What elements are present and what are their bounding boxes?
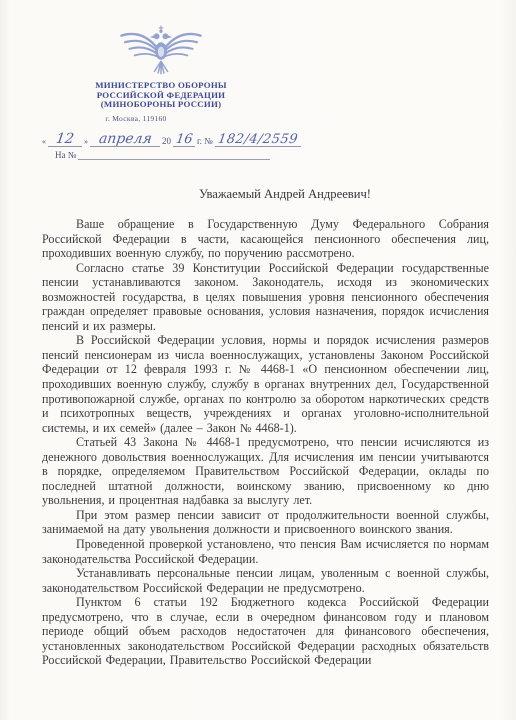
city-postcode-line: г. Москва, 119160 [55, 114, 217, 123]
handwritten-month: апреля [98, 132, 153, 146]
reply-reference-blank [78, 149, 270, 160]
day-blank: 12 [48, 126, 82, 147]
ministry-name-line: (МИНОБОРОНЫ РОССИИ) [58, 100, 264, 110]
handwritten-year: 16 [175, 133, 193, 146]
close-quote: » [82, 137, 90, 147]
number-blank: 182/4/2559 [215, 126, 301, 147]
reply-reference-line: На № [55, 149, 270, 160]
paragraph: В Российской Федерации условия, нормы и … [42, 333, 489, 435]
paragraph: Проведенной проверкой установлено, что п… [42, 537, 489, 566]
salutation: Уважаемый Андрей Андреевич! [0, 187, 516, 202]
open-quote: « [40, 137, 48, 147]
paragraph: Устанавливать персональные пенсии лицам,… [42, 566, 489, 595]
handwritten-number: 182/4/2559 [217, 133, 299, 146]
paragraph: Ваше обращение в Государственную Думу Фе… [42, 217, 489, 261]
letter-body: Ваше обращение в Государственную Думу Фе… [42, 217, 489, 668]
date-number-line: « 12 » апреля 20 16 г. № 182/4/2559 [40, 124, 301, 147]
handwritten-day: 12 [55, 132, 75, 146]
year-prefix: 20 [160, 136, 173, 147]
number-label: г. № [195, 136, 215, 147]
month-blank: апреля [90, 126, 160, 147]
paragraph: При этом размер пенсии зависит от продол… [42, 508, 489, 537]
mod-eagle-emblem-icon [117, 24, 205, 78]
letter-page: МИНИСТЕРСТВО ОБОРОНЫРОССИЙСКОЙ ФЕДЕРАЦИИ… [0, 0, 516, 720]
paragraph: Пунктом 6 статьи 192 Бюджетного кодекса … [42, 595, 489, 668]
paragraph: Статьей 43 Закона № 4468-1 предусмотрено… [42, 435, 489, 508]
ministry-name: МИНИСТЕРСТВО ОБОРОНЫРОССИЙСКОЙ ФЕДЕРАЦИИ… [58, 81, 264, 110]
year-blank: 16 [173, 126, 195, 147]
reply-label: На № [55, 150, 76, 160]
paragraph: Согласно статье 39 Конституции Российско… [42, 261, 489, 334]
